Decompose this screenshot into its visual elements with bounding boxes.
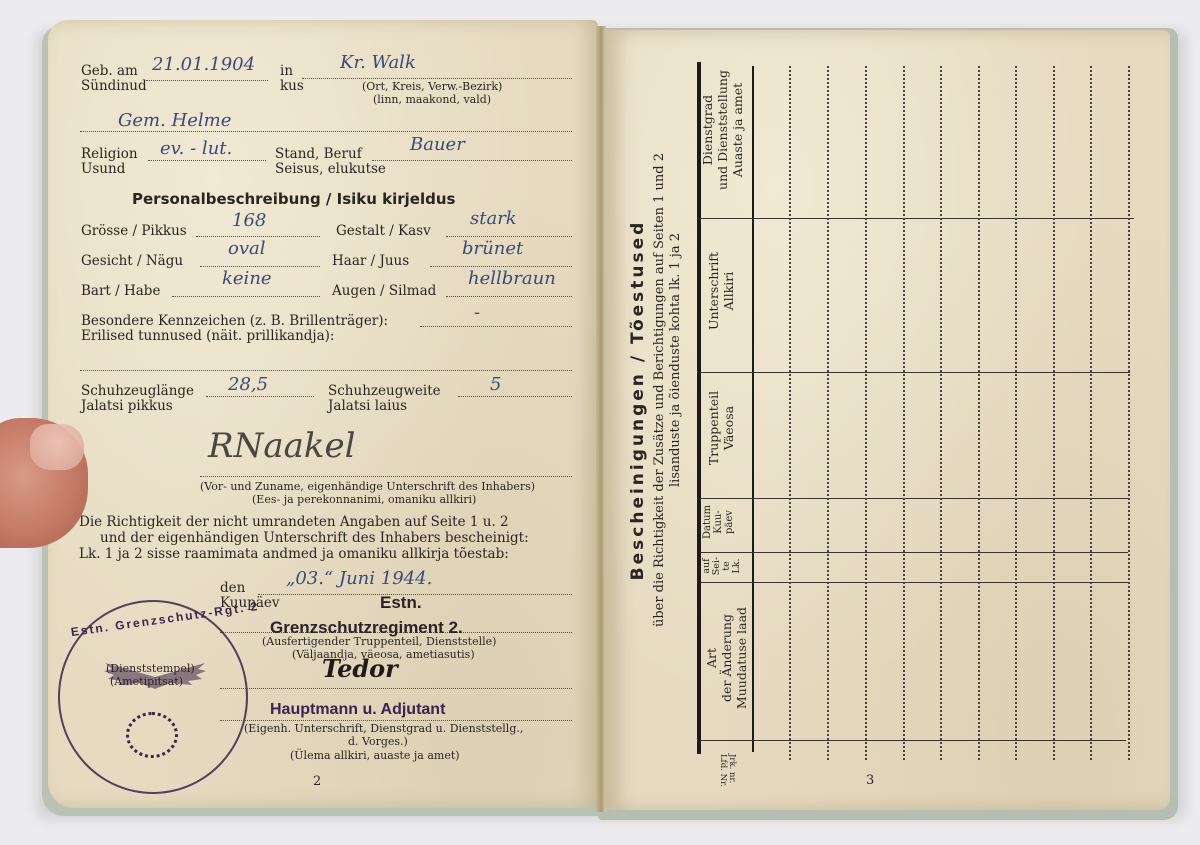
shoe-width-label-de: Schuhzeugweite	[328, 384, 441, 399]
col-header-unterschrift: Unterschrift Allkiri	[706, 236, 736, 346]
birth-place-line2	[80, 131, 572, 132]
hair-label: Haar / Juus	[332, 254, 409, 269]
page-number-right: 3	[866, 773, 874, 788]
divider-dienst-unter	[700, 218, 1134, 219]
eyes-value: hellbraun	[468, 268, 556, 289]
row-divider-5	[940, 66, 942, 760]
special-marks-label-et: Erilised tunnused (näit. prillikandja):	[81, 329, 334, 344]
religion-line	[148, 160, 266, 161]
religion-value: ev. - lut.	[160, 138, 232, 159]
occupation-value: Bauer	[410, 134, 465, 155]
unit-caption-de: (Ausfertigender Truppenteil, Dienststell…	[262, 635, 496, 648]
rank-line	[220, 720, 572, 721]
col-header-truppenteil-2: Väeosa	[721, 406, 736, 450]
shoe-length-label-de: Schuhzeuglänge	[81, 384, 194, 399]
build-label: Gestalt / Kasv	[336, 224, 431, 239]
col-header-art-2: der Änderung	[719, 614, 734, 702]
row-divider-6	[978, 66, 980, 760]
beard-label: Bart / Habe	[81, 284, 160, 299]
face-line	[200, 266, 320, 267]
birth-place-label-et: kus	[280, 79, 304, 94]
certification-line3: Lk. 1 ja 2 sisse raamimata andmed ja oma…	[79, 547, 509, 562]
birth-place-value: Kr. Walk	[340, 52, 416, 73]
col-header-unterschrift-2: Allkiri	[721, 272, 736, 311]
wreath-emblem-icon	[126, 712, 178, 758]
col-header-truppenteil-1: Truppenteil	[706, 391, 721, 465]
col-header-truppenteil: Truppenteil Väeosa	[706, 378, 736, 478]
officer-caption-et: (Ülema allkiri, auaste ja amet)	[290, 749, 460, 762]
col-header-art: Art der Änderung Muudatuse laad	[704, 588, 749, 728]
divider-seite-art	[700, 582, 1128, 583]
col-header-dienstgrad: Dienstgrad und Dienststellung Auaste ja …	[700, 60, 745, 200]
row-divider-3	[865, 66, 867, 760]
hair-line	[430, 266, 572, 267]
col-header-dienstgrad-3: Auaste ja amet	[730, 83, 745, 177]
unit-stamp-line1: Estn.	[380, 593, 422, 613]
holder-signature: RNaakel	[208, 426, 356, 466]
right-page-subtitle-et: lisanduste ja õienduste kohta lk. 1 ja 2	[668, 130, 683, 590]
row-divider-8	[1053, 66, 1055, 760]
certification-line1: Die Richtigkeit der nicht umrandeten Ang…	[79, 515, 509, 530]
eyes-label: Augen / Silmad	[332, 284, 436, 299]
special-marks-label-de: Besondere Kennzeichen (z. B. Brillenträg…	[81, 314, 388, 329]
col-header-jrk: Jrk. nr.	[727, 754, 737, 783]
beard-value: keine	[222, 268, 272, 289]
col-header-seite: auf Sei- te Lk.	[702, 552, 742, 580]
right-page-title: Bescheinigungen / Tõestused	[628, 200, 648, 600]
divider-datum-seite	[700, 552, 1128, 553]
row-divider-4	[903, 66, 905, 760]
col-header-datum-2: Kuu-	[713, 510, 724, 534]
shoe-length-line	[206, 396, 314, 397]
occupation-label-de: Stand, Beruf	[275, 147, 362, 162]
shoe-width-line	[458, 396, 572, 397]
seal-label-et: (Ametipitsat)	[110, 675, 183, 688]
face-value: oval	[228, 238, 266, 259]
col-header-dienstgrad-1: Dienstgrad	[700, 95, 715, 165]
right-page-subtitle-de: über die Richtigkeit der Zusätze und Ber…	[652, 40, 667, 740]
holder-signature-caption-de: (Vor- und Zuname, eigenhändige Unterschr…	[200, 480, 535, 493]
birth-label-et: Sündinud	[81, 79, 147, 94]
certification-line2: und der eigenhändigen Unterschrift des I…	[100, 531, 529, 546]
face-label: Gesicht / Nägu	[81, 254, 183, 269]
divider-unter-truppe	[700, 372, 1130, 373]
beard-line	[172, 296, 320, 297]
birth-date-value: 21.01.1904	[152, 54, 255, 75]
special-marks-line2	[80, 370, 572, 371]
birth-place-label-de: in	[280, 64, 293, 79]
religion-label-et: Usund	[81, 162, 125, 177]
row-divider-9	[1090, 66, 1092, 760]
header-right-border	[752, 66, 754, 752]
hair-value: brünet	[462, 238, 523, 259]
divider-art-lfd	[700, 740, 1126, 741]
height-value: 168	[232, 210, 266, 231]
col-header-datum: Datum Kuu- päev	[702, 498, 735, 546]
page-number-left: 2	[313, 774, 321, 789]
description-heading: Personalbeschreibung / Isiku kirjeldus	[132, 192, 455, 207]
eyes-line	[446, 296, 572, 297]
col-header-seite-4: Lk.	[731, 558, 742, 573]
occupation-line	[372, 160, 572, 161]
date-value: „03.“ Juni 1944.	[286, 568, 432, 589]
divider-truppe-datum	[700, 498, 1128, 499]
shoe-length-value: 28,5	[228, 374, 268, 395]
col-header-art-3: Muudatuse laad	[734, 607, 749, 709]
row-divider-1	[789, 66, 791, 760]
height-line	[196, 236, 320, 237]
shoe-width-label-et: Jalatsi laius	[328, 399, 407, 414]
special-marks-line	[420, 326, 572, 327]
col-header-dienstgrad-2: und Dienststellung	[715, 70, 730, 190]
birth-place-hint-de: (Ort, Kreis, Verw.-Bezirk)	[362, 80, 502, 93]
date-label-de: den	[220, 581, 245, 596]
occupation-label-et: Seisus, elukutse	[275, 162, 386, 177]
height-label: Grösse / Pikkus	[81, 224, 187, 239]
birth-place-line	[302, 78, 572, 79]
row-divider-7	[1015, 66, 1017, 760]
col-header-art-1: Art	[704, 648, 719, 668]
birth-place-hint-et: (linn, maakond, vald)	[373, 93, 491, 106]
col-header-unterschrift-1: Unterschrift	[706, 252, 721, 330]
row-divider-10	[1128, 66, 1130, 760]
seal-label-de: (Dienststempel)	[106, 662, 195, 675]
build-line	[446, 236, 572, 237]
shoe-length-label-et: Jalatsi pikkus	[81, 399, 173, 414]
officer-signature: Tedor	[322, 654, 398, 683]
col-header-lfd: Jrk. nr. Lfd. Nr.	[718, 754, 736, 778]
col-header-datum-1: Datum	[702, 505, 713, 539]
special-marks-value: -	[474, 302, 480, 323]
birth-label-de: Geb. am	[81, 64, 138, 79]
build-value: stark	[470, 208, 517, 229]
right-page	[604, 30, 1170, 810]
officer-signature-line	[220, 688, 572, 689]
officer-caption-de-1: (Eigenh. Unterschrift, Dienstgrad u. Die…	[244, 722, 523, 735]
row-divider-2	[827, 66, 829, 760]
holder-signature-line	[200, 476, 572, 477]
officer-caption-de-2: d. Vorges.)	[348, 735, 408, 748]
holder-signature-caption-et: (Ees- ja perekonnanimi, omaniku allkiri)	[252, 493, 476, 506]
rank-stamp: Hauptmann u. Adjutant	[270, 702, 445, 717]
col-header-datum-3: päev	[724, 510, 735, 534]
shoe-width-value: 5	[490, 374, 501, 395]
col-header-lfd-nr: Lfd. Nr.	[718, 754, 728, 787]
religion-label-de: Religion	[81, 147, 138, 162]
birth-place-line2-value: Gem. Helme	[118, 110, 231, 131]
thumbnail-photo	[30, 424, 84, 470]
birth-date-line	[146, 80, 268, 81]
